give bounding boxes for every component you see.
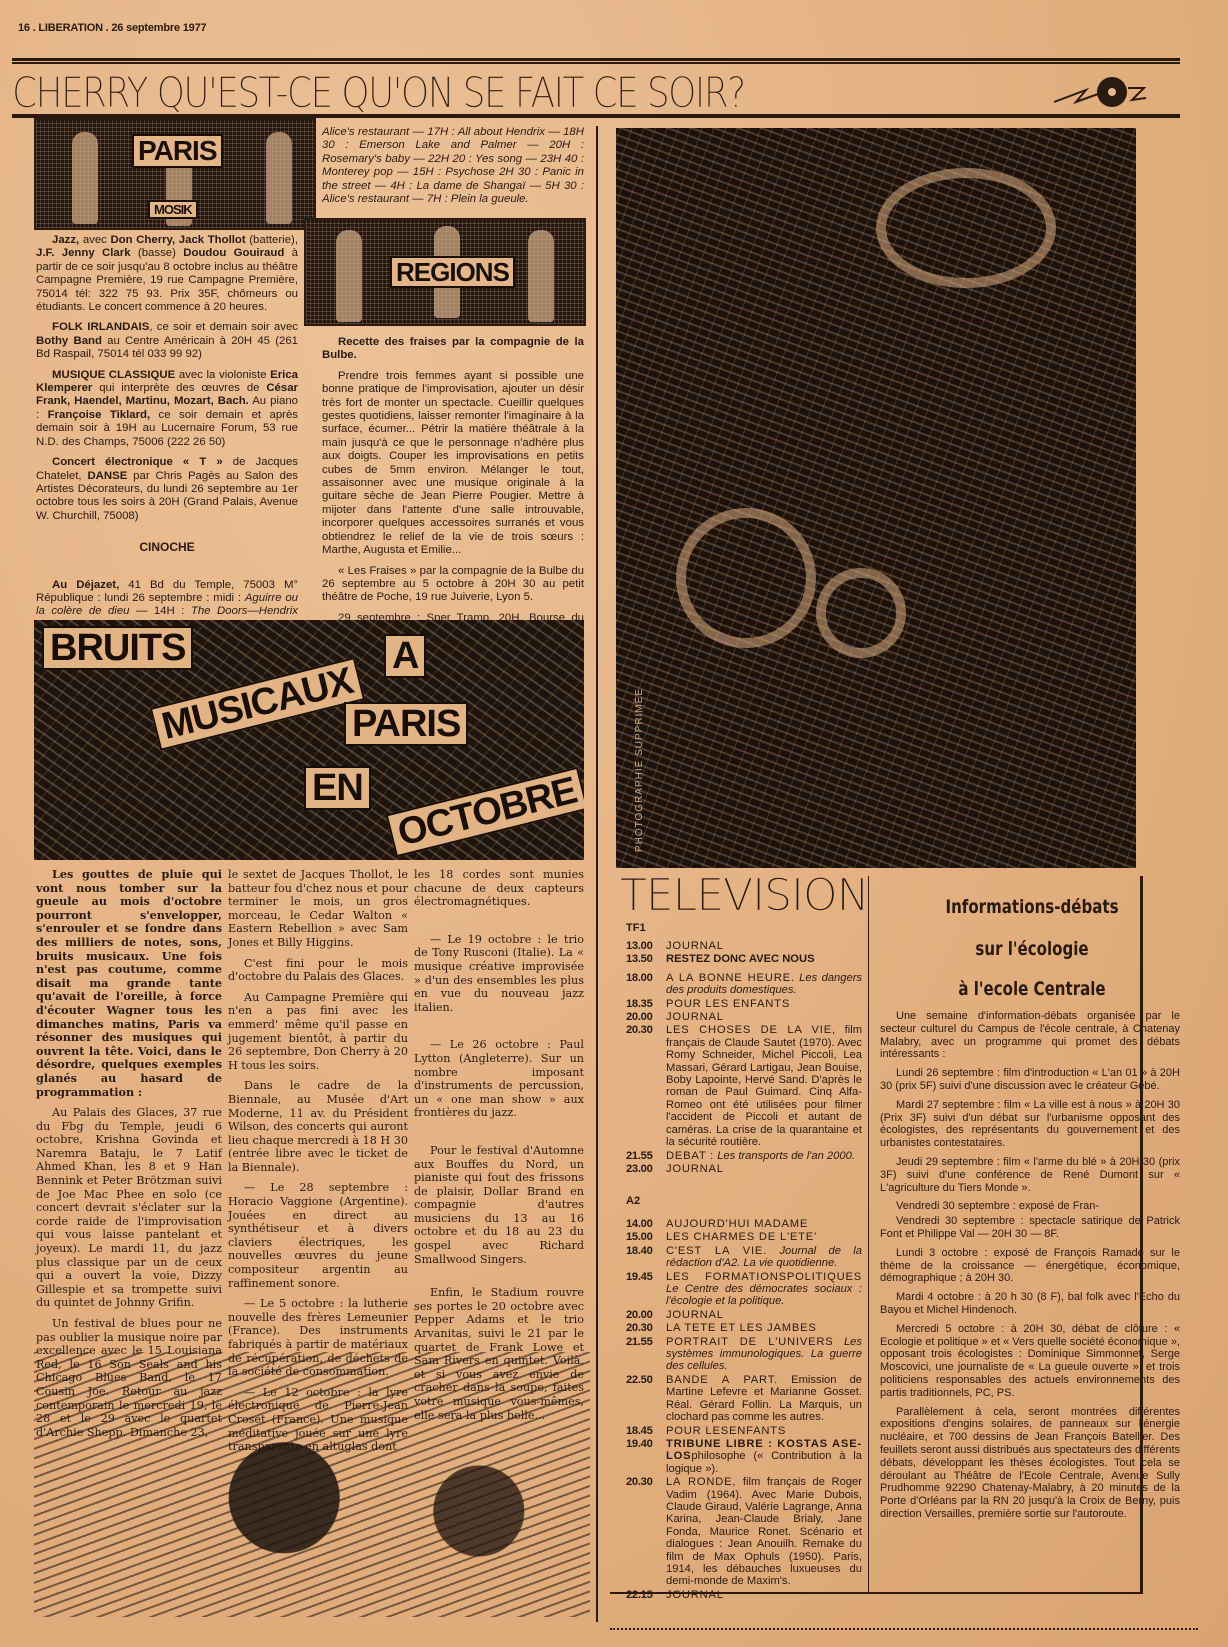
mosik-label: MOSIK xyxy=(148,200,198,219)
tv-program: 20.30LA RONDE, film français de Roger Va… xyxy=(626,1476,862,1588)
channel-tf1-label: TF1 xyxy=(626,922,646,934)
recette-title: Recette des fraises par la compagnie de … xyxy=(322,336,584,363)
illustration-credit: PHOTOGRAPHIE SUPPRIMÉE xyxy=(634,688,645,852)
tf1-schedule: 13.00JOURNAL 13.50RESTEZ DONC AVEC NOUS … xyxy=(626,940,862,1176)
listings-left-column: Jazz, avec Don Cherry, Jack Thollot (bat… xyxy=(36,234,298,639)
machine-illustration-bottom xyxy=(34,1352,590,1617)
record-disc-logo-icon xyxy=(1052,72,1148,112)
page-headline: CHERRY QU'EST-CE QU'ON SE FAIT CE SOIR? xyxy=(12,68,745,117)
tv-program: 13.00JOURNAL xyxy=(626,940,862,952)
regions-photo: REGIONS xyxy=(304,218,586,326)
bottom-rule xyxy=(610,1592,1143,1594)
tv-program: 19.45LES FORMATIONSPOLITIQUES Le Centre … xyxy=(626,1271,862,1308)
banner-word: PARIS xyxy=(344,702,468,746)
dotted-cut-line xyxy=(610,1628,1198,1630)
channel-a2-label: A2 xyxy=(626,1195,640,1207)
bruits-musicaux-banner: BRUITS MUSICAUX A PARIS EN OCTOBRE xyxy=(34,620,584,860)
tv-program: 22.15JOURNAL xyxy=(626,1589,862,1601)
bruits-article-col3: les 18 cordes sont munies chacune de deu… xyxy=(414,868,584,1429)
tv-program: 23.00JOURNAL xyxy=(626,1163,862,1175)
debats-title-line3: à l'ecole Centrale xyxy=(900,978,1164,1000)
tv-program: 21.55DEBAT : Les transports de l'an 2000… xyxy=(626,1150,862,1162)
cinoche-title: CINOCHE xyxy=(36,541,298,554)
tv-program: 20.30LES CHOSES DE LA VIE, film français… xyxy=(626,1024,862,1148)
tv-debats-divider xyxy=(868,876,869,1594)
tv-program: 18.00A LA BONNE HEURE. Les dangers des p… xyxy=(626,972,862,997)
electro-listing: Concert électronique « T » de Jacques Ch… xyxy=(36,456,298,523)
tv-program: 19.40TRIBUNE LIBRE : KOSTAS ASE-LOSphilo… xyxy=(626,1438,862,1475)
tv-program: 20.30LA TETE ET LES JAMBES xyxy=(626,1322,862,1334)
tv-program: 22.50BANDE A PART. Emission de Martine L… xyxy=(626,1374,862,1424)
machine-illustration: PHOTOGRAPHIE SUPPRIMÉE xyxy=(616,128,1136,868)
banner-word: A xyxy=(384,634,426,678)
a2-schedule: 14.00AUJOURD'HUI MADAME 15.00LES CHARMES… xyxy=(626,1218,862,1602)
debats-title-line1: Informations-débats xyxy=(900,896,1164,918)
regions-label: REGIONS xyxy=(390,256,515,288)
tv-program: 14.00AUJOURD'HUI MADAME xyxy=(626,1218,862,1230)
tv-program: 15.00LES CHARMES DE L'ETE' xyxy=(626,1231,862,1243)
paris-label: PARIS xyxy=(132,134,223,168)
banner-word: BRUITS xyxy=(42,626,193,670)
top-rule xyxy=(12,58,1180,64)
debats-body: Une semaine d'information-débats organis… xyxy=(880,1010,1180,1527)
television-title: TELEVISION xyxy=(620,870,869,921)
paris-mosik-photo: PARIS MOSIK xyxy=(34,118,316,230)
column-divider xyxy=(596,126,598,1622)
tv-program: 18.35POUR LES ENFANTS xyxy=(626,998,862,1010)
banner-word: EN xyxy=(304,766,371,810)
tv-program: 18.40C'EST LA VIE. Journal de la rédacti… xyxy=(626,1245,862,1270)
debats-title-line2: sur l'écologie xyxy=(900,938,1164,960)
tv-program: 18.45POUR LESENFANTS xyxy=(626,1425,862,1437)
recette-article: Recette des fraises par la compagnie de … xyxy=(322,336,584,659)
recette-body: Prendre trois femmes ayant si possible u… xyxy=(322,370,584,558)
tv-program: 21.55PORTRAIT DE L'UNIVERS Les systèmes … xyxy=(626,1336,862,1373)
tv-program: 20.00JOURNAL xyxy=(626,1011,862,1023)
tv-program: 20.00JOURNAL xyxy=(626,1309,862,1321)
fraises-info: « Les Fraises » par la compagnie de la B… xyxy=(322,565,584,605)
jazz-listing: Jazz, avec Don Cherry, Jack Thollot (bat… xyxy=(36,234,298,314)
tv-program: 13.50RESTEZ DONC AVEC NOUS xyxy=(626,953,862,965)
cinema-continued: Alice's restaurant — 17H : All about Hen… xyxy=(322,126,584,213)
folk-listing: FOLK IRLANDAIS, ce soir et demain soir a… xyxy=(36,321,298,361)
classique-listing: MUSIQUE CLASSIQUE avec la violoniste Eri… xyxy=(36,369,298,449)
page-folio: 16 . LIBERATION . 26 septembre 1977 xyxy=(18,22,206,34)
